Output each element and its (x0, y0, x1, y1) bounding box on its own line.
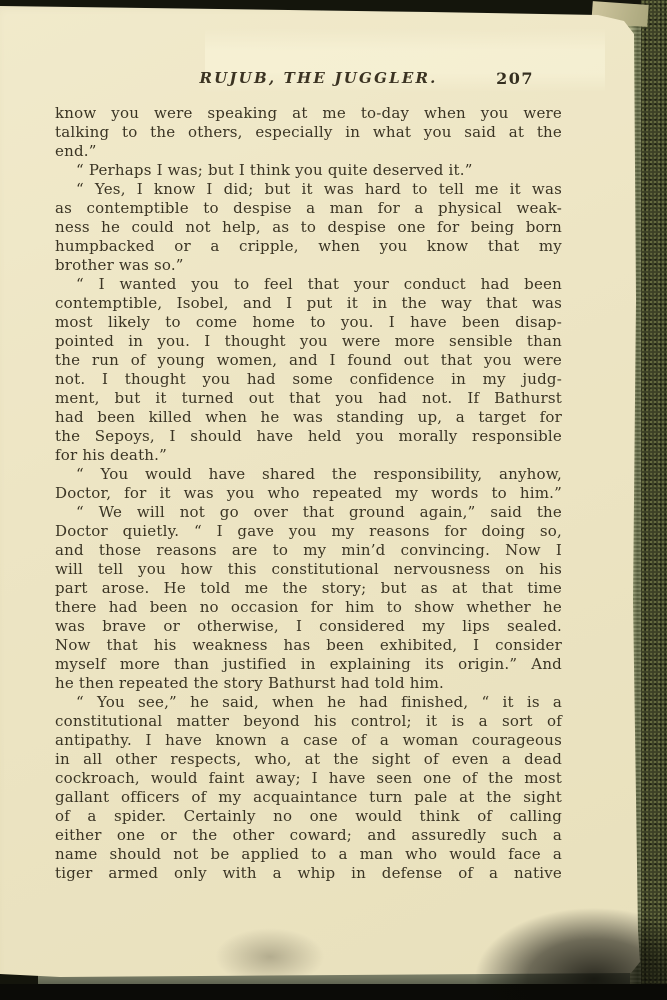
text-line: was brave or otherwise, I considered my … (55, 617, 562, 636)
text-line: know you were speaking at me to-day when… (55, 104, 562, 123)
text-line: as contemptible to despise a man for a p… (55, 199, 562, 218)
text-line: not. I thought you had some confidence i… (55, 370, 562, 389)
text-line: part arose. He told me the story; but as… (55, 579, 562, 598)
text-line: the Sepoys, I should have held you moral… (55, 427, 562, 446)
text-line: Doctor quietly. “ I gave you my reasons … (55, 522, 562, 541)
text-line: “ Perhaps I was; but I think you quite d… (55, 161, 562, 180)
text-block: know you were speaking at me to-day when… (55, 104, 562, 883)
text-line: gallant officers of my acquaintance turn… (55, 788, 562, 807)
text-line: “ I wanted you to feel that your conduct… (55, 275, 562, 294)
text-line: contemptible, Isobel, and I put it in th… (55, 294, 562, 313)
text-line: “ We will not go over that ground again,… (55, 503, 562, 522)
text-line: most likely to come home to you. I have … (55, 313, 562, 332)
text-line: constitutional matter beyond his control… (55, 712, 562, 731)
text-line: for his death.” (55, 446, 562, 465)
text-line: in all other respects, who, at the sight… (55, 750, 562, 769)
text-line: the run of young women, and I found out … (55, 351, 562, 370)
text-line: Doctor, for it was you who repeated my w… (55, 484, 562, 503)
text-line: talking to the others, especially in wha… (55, 123, 562, 142)
text-line: and those reasons are to my min’d convin… (55, 541, 562, 560)
text-line: Now that his weakness has been exhibited… (55, 636, 562, 655)
text-line: had been killed when he was standing up,… (55, 408, 562, 427)
text-line: “ You see,” he said, when he had finishe… (55, 693, 562, 712)
text-line: brother was so.” (55, 256, 562, 275)
text-line: tiger armed only with a whip in defense … (55, 864, 562, 883)
text-line: end.” (55, 142, 562, 161)
text-line: he then repeated the story Bathurst had … (55, 674, 562, 693)
text-line: either one or the other coward; and assu… (55, 826, 562, 845)
text-line: pointed in you. I thought you were more … (55, 332, 562, 351)
text-line: “ You would have shared the responsibili… (55, 465, 562, 484)
text-line: humpbacked or a cripple, when you know t… (55, 237, 562, 256)
text-line: of a spider. Certainly no one would thin… (55, 807, 562, 826)
page-number: 207 (496, 69, 534, 88)
text-line: ment, but it turned out that you had not… (55, 389, 562, 408)
text-line: there had been no occasion for him to sh… (55, 598, 562, 617)
text-line: cockroach, would faint away; I have seen… (55, 769, 562, 788)
running-head-row: RUJUB, THE JUGGLER. 207 (55, 69, 562, 89)
text-line: “ Yes, I know I did; but it was hard to … (55, 180, 562, 199)
text-line: antipathy. I have known a case of a woma… (55, 731, 562, 750)
text-line: myself more than justified in explaining… (55, 655, 562, 674)
text-line: ness he could not help, as to despise on… (55, 218, 562, 237)
printed-content: RUJUB, THE JUGGLER. 207 know you were sp… (0, 0, 667, 1000)
text-line: name should not be applied to a man who … (55, 845, 562, 864)
text-line: will tell you how this constitutional ne… (55, 560, 562, 579)
